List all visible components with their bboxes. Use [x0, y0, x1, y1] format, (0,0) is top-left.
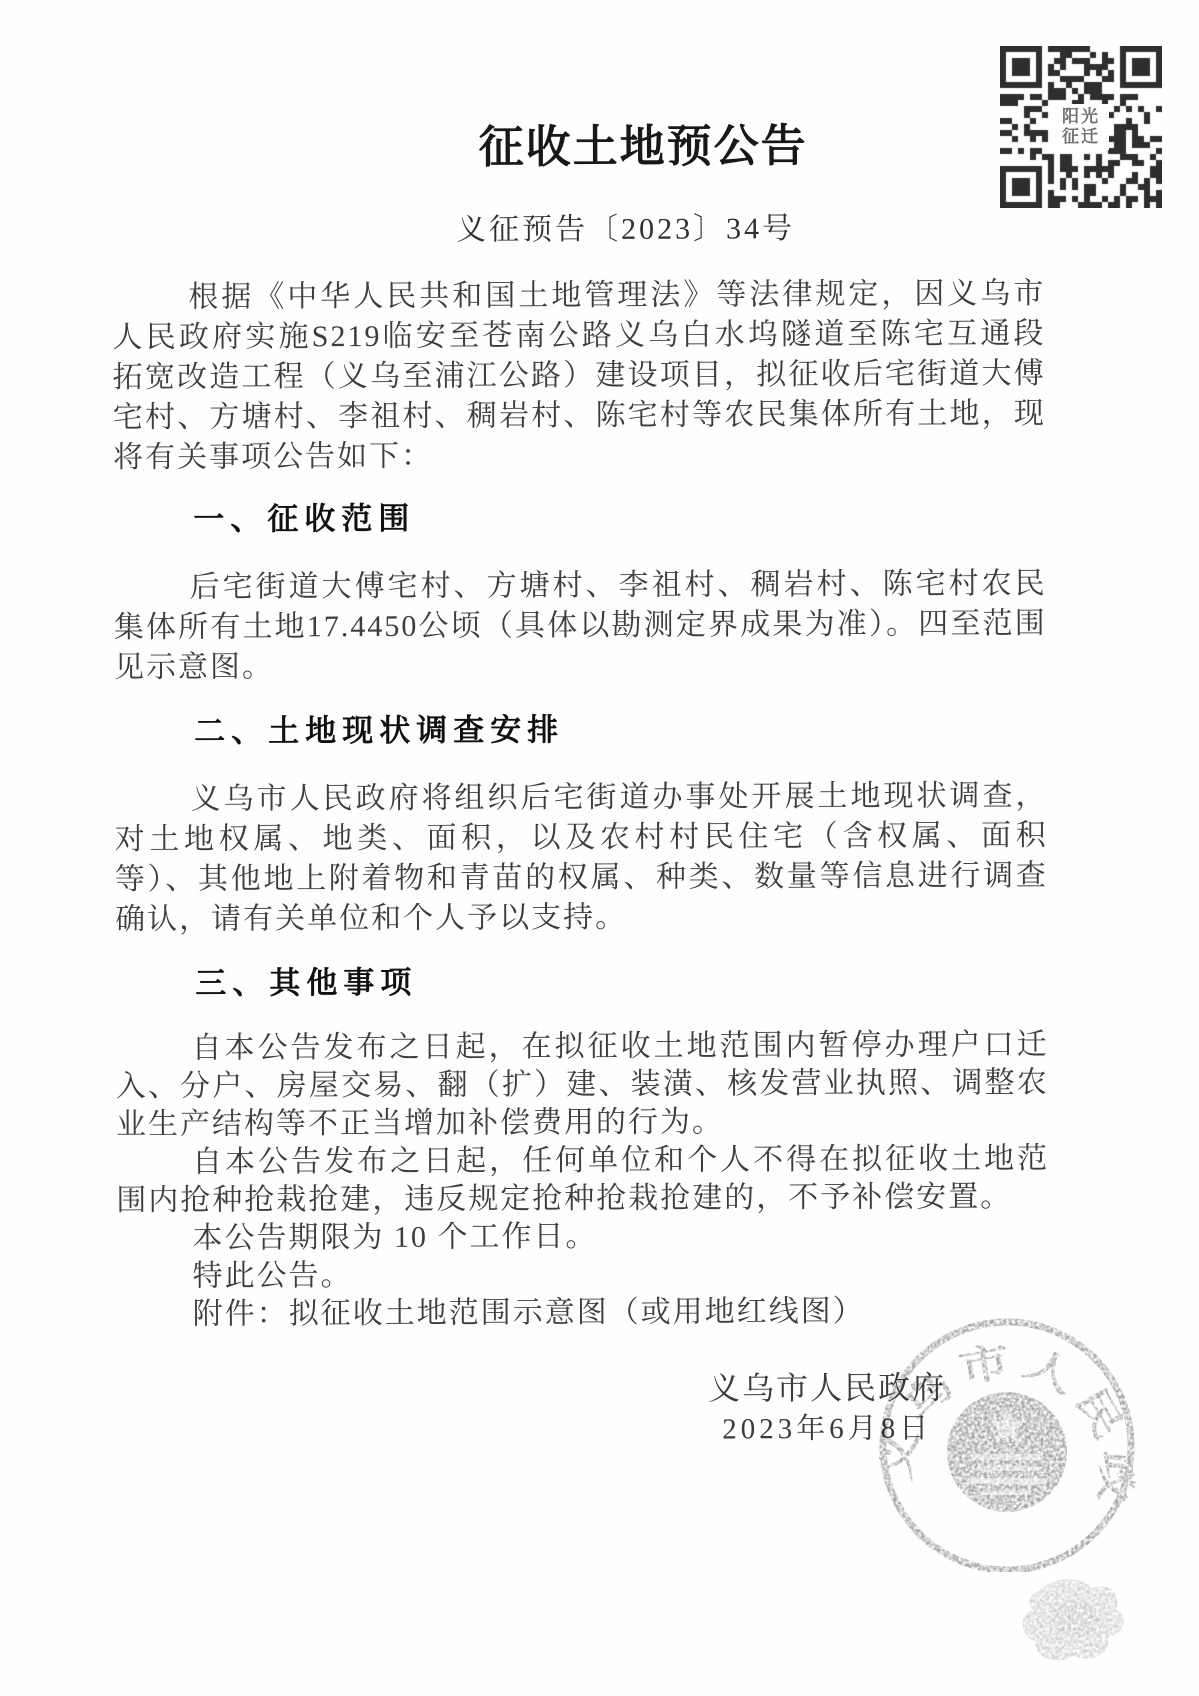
section-2-heading: 二、土地现状调查安排: [194, 708, 1047, 752]
official-seal: 义乌市人民政府: [875, 1308, 1139, 1572]
ink-smudge: [1012, 1572, 1138, 1672]
section-3-heading: 三、其他事项: [195, 960, 1048, 1004]
document-body: 根据《中华人民共和国土地管理法》等法律规定，因义乌市人民政府实施S219临安至苍…: [112, 274, 1050, 1452]
qr-center-label: 阳光 征迁: [1053, 104, 1109, 150]
section-3-paragraph: 自本公告发布之日起，在拟征收土地范围内暂停办理户口迁入、分户、房屋交易、翻（扩）…: [116, 1026, 1049, 1144]
section-1-heading: 一、征收范围: [193, 496, 1046, 540]
section-3-body: 自本公告发布之日起，在拟征收土地范围内暂停办理户口迁入、分户、房屋交易、翻（扩）…: [116, 1026, 1050, 1334]
section-3-paragraph: 自本公告发布之日起，任何单位和个人不得在拟征收土地范围内抢种抢栽抢建，违反规定抢…: [116, 1140, 1049, 1220]
qr-label-line1: 阳光: [1062, 107, 1100, 127]
section-3-paragraph: 特此公告。: [117, 1254, 1050, 1296]
section-3-paragraph: 本公告期限为 10 个工作日。: [116, 1216, 1049, 1258]
qr-label-line2: 征迁: [1062, 127, 1100, 147]
document-number: 义征预告〔2023〕34号: [0, 207, 1197, 252]
intro-paragraph: 根据《中华人民共和国土地管理法》等法律规定，因义乌市人民政府实施S219临安至苍…: [112, 274, 1046, 478]
signature-block: 义乌市人民政府 2023年6月8日: [117, 1366, 946, 1452]
qr-code: 阳光 征迁: [1000, 46, 1162, 208]
section-2-paragraph: 义乌市人民政府将组织后宅街道办事处开展土地现状调查，对土地权属、地类、面积，以及…: [114, 776, 1048, 940]
seal-national-emblem: [947, 1392, 1067, 1512]
section-1-paragraph: 后宅街道大傅宅村、方塘村、李祖村、稠岩村、陈宅村农民集体所有土地17.4450公…: [114, 564, 1048, 688]
scanned-notice-page: 征收土地预公告 义征预告〔2023〕34号 根据《中华人民共和国土地管理法》等法…: [0, 0, 1199, 1696]
